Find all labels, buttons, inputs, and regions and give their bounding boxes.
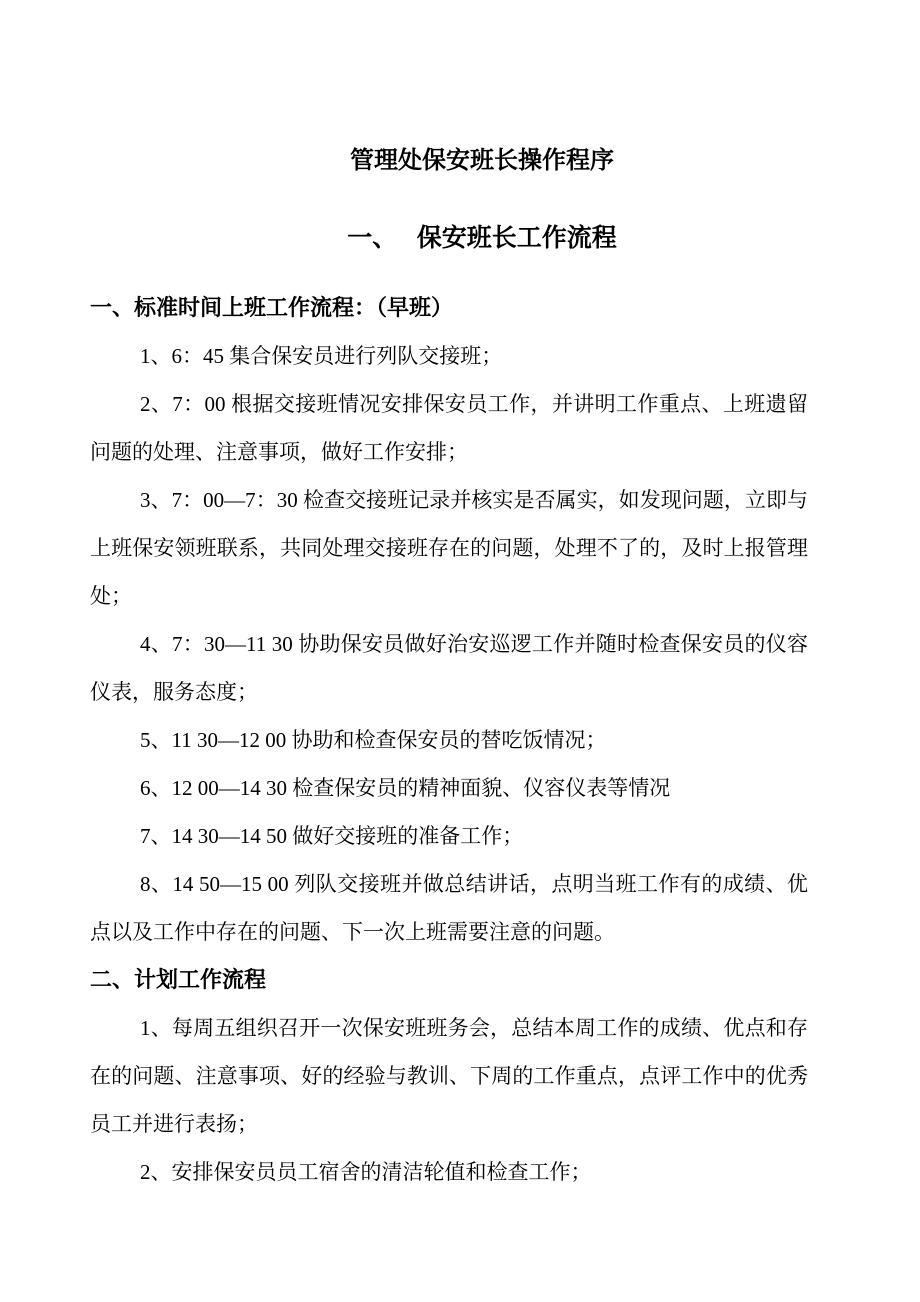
procedure-item: 7、14 30—14 50 做好交接班的准备工作； bbox=[90, 812, 808, 860]
document-page: 管理处保安班长操作程序 一、 保安班长工作流程 一、标准时间上班工作流程：（早班… bbox=[0, 0, 920, 1302]
document-subtitle: 一、 保安班长工作流程 bbox=[90, 222, 830, 254]
procedure-item: 4、7：30—11 30 协助保安员做好治安巡逻工作并随时检查保安员的仪容仪表，… bbox=[90, 620, 808, 716]
procedure-item: 2、7：00 根据交接班情况安排保安员工作，并讲明工作重点、上班遗留问题的处理、… bbox=[90, 380, 808, 476]
section-heading-plan-workflow: 二、计划工作流程 bbox=[90, 956, 808, 1004]
procedure-item: 5、11 30—12 00 协助和检查保安员的替吃饭情况； bbox=[90, 716, 808, 764]
procedure-item: 6、12 00—14 30 检查保安员的精神面貌、仪容仪表等情况 bbox=[90, 764, 808, 812]
procedure-item: 8、14 50—15 00 列队交接班并做总结讲话，点明当班工作有的成绩、优点以… bbox=[90, 860, 808, 956]
procedure-item: 2、安排保安员员工宿舍的清洁轮值和检查工作； bbox=[90, 1148, 808, 1196]
section-heading-morning-shift-workflow: 一、标准时间上班工作流程：（早班） bbox=[90, 284, 808, 332]
procedure-item: 3、7：00—7：30 检查交接班记录并核实是否属实，如发现问题，立即与上班保安… bbox=[90, 476, 808, 620]
procedure-item: 1、6：45 集合保安员进行列队交接班； bbox=[90, 332, 808, 380]
document-title: 管理处保安班长操作程序 bbox=[90, 146, 830, 176]
procedure-item: 1、每周五组织召开一次保安班班务会，总结本周工作的成绩、优点和存在的问题、注意事… bbox=[90, 1004, 808, 1148]
